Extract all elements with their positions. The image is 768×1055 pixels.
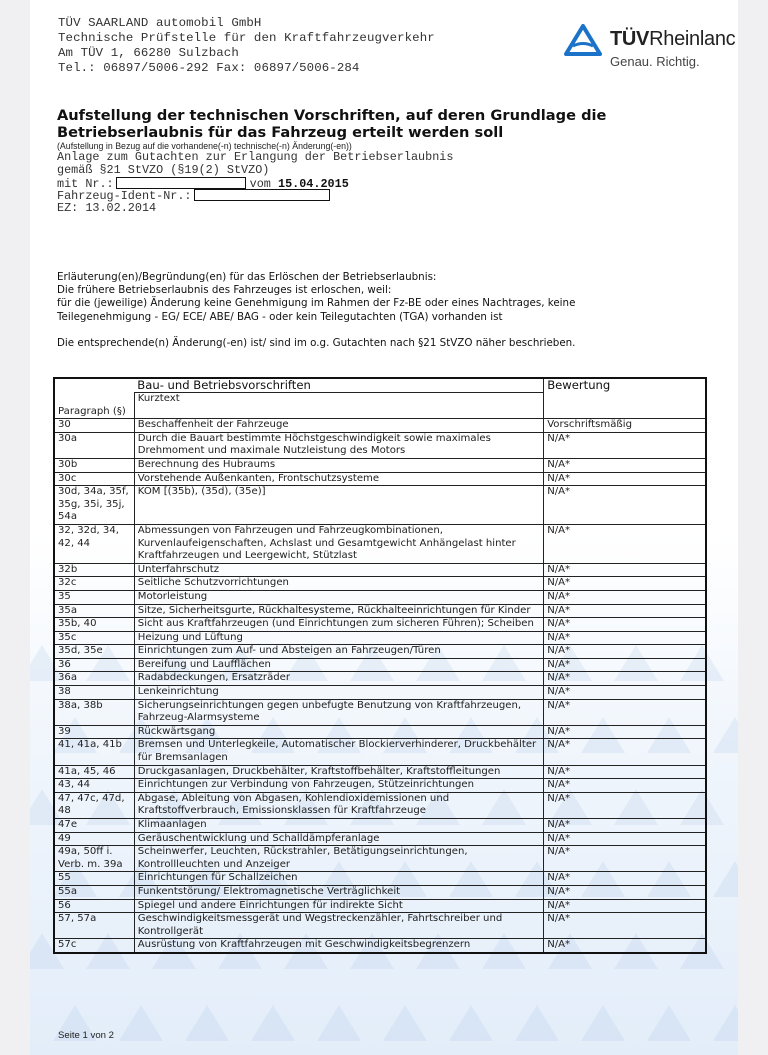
bewertung-cell: N/A* [544, 524, 706, 563]
issuer-name: TÜV SAARLAND automobil GmbH [58, 16, 435, 31]
kurztext-cell: Bremsen und Unterlegkeile, Automatischer… [134, 739, 543, 765]
page-number: Seite 1 von 2 [58, 1030, 114, 1041]
table-row: 47eKlimaanlagenN/A* [54, 819, 706, 833]
table-row: 43, 44Einrichtungen zur Verbindung von F… [54, 779, 706, 793]
bewertung-cell: N/A* [544, 590, 706, 604]
kurztext-cell: Einrichtungen zur Verbindung von Fahrzeu… [134, 779, 543, 793]
watermark-triangle-icon [119, 1005, 163, 1041]
meta-first-registration: EZ: 13.02.2014 [57, 202, 453, 215]
issuer-phone-fax: Tel.: 06897/5006-292 Fax: 06897/5006-284 [58, 61, 435, 76]
bewertung-cell: N/A* [544, 686, 706, 700]
bewertung-cell: N/A* [544, 563, 706, 577]
bewertung-cell: N/A* [544, 739, 706, 765]
table-row: 47, 47c, 47d, 48Abgase, Ableitung von Ab… [54, 792, 706, 818]
bewertung-cell: N/A* [544, 472, 706, 486]
kurztext-cell: KOM [(35b), (35d), (35e)] [134, 486, 543, 525]
group-header: Bau- und Betriebsvorschriften [134, 378, 543, 392]
paragraph-cell: 30c [54, 472, 134, 486]
kurztext-cell: Klimaanlagen [134, 819, 543, 833]
paragraph-cell: 43, 44 [54, 779, 134, 793]
col-header-bewertung: Bewertung [544, 378, 706, 419]
watermark-triangle-icon [449, 1005, 493, 1041]
bewertung-cell: N/A* [544, 725, 706, 739]
explanation-closing: Die entsprechende(n) Änderung(-en) ist/ … [57, 337, 575, 350]
watermark-triangle-icon [251, 1005, 295, 1041]
paragraph-cell: 32c [54, 577, 134, 591]
kurztext-cell: Sicherungseinrichtungen gegen unbefugte … [134, 699, 543, 725]
bewertung-cell: N/A* [544, 899, 706, 913]
kurztext-cell: Einrichtungen für Schallzeichen [134, 872, 543, 886]
paragraph-cell: 47, 47c, 47d, 48 [54, 792, 134, 818]
table-row: 35d, 35eEinrichtungen zum Auf- und Abste… [54, 645, 706, 659]
table-row: 35MotorleistungN/A* [54, 590, 706, 604]
kurztext-cell: Geschwindigkeitsmessgerät und Wegstrecke… [134, 913, 543, 939]
watermark-triangle-icon [713, 717, 738, 753]
kurztext-cell: Motorleistung [134, 590, 543, 604]
bewertung-cell: N/A* [544, 699, 706, 725]
paragraph-cell: 32b [54, 563, 134, 577]
kurztext-cell: Unterfahrschutz [134, 563, 543, 577]
kurztext-cell: Lenkeinrichtung [134, 686, 543, 700]
kurztext-cell: Sitze, Sicherheitsgurte, Rückhaltesystem… [134, 604, 543, 618]
paragraph-cell: 39 [54, 725, 134, 739]
kurztext-cell: Bereifung und Laufflächen [134, 658, 543, 672]
table-row: 30d, 34a, 35f, 35g, 35i, 35j, 54aKOM [(3… [54, 486, 706, 525]
watermark-triangle-icon [185, 1005, 229, 1041]
bewertung-cell: N/A* [544, 486, 706, 525]
bewertung-cell: N/A* [544, 631, 706, 645]
paragraph-cell: 35c [54, 631, 134, 645]
paragraph-cell: 32, 32d, 34, 42, 44 [54, 524, 134, 563]
tuv-triangle-icon [564, 24, 602, 56]
redacted-vin [194, 189, 330, 201]
kurztext-cell: Seitliche Schutzvorrichtungen [134, 577, 543, 591]
bewertung-cell: N/A* [544, 819, 706, 833]
watermark-triangle-icon [515, 1005, 559, 1041]
paragraph-cell: 30b [54, 458, 134, 472]
bewertung-cell: N/A* [544, 939, 706, 953]
explanation-line: Die frühere Betriebserlaubnis des Fahrze… [57, 284, 575, 297]
paragraph-cell: 38 [54, 686, 134, 700]
document-meta: Anlage zum Gutachten zur Erlangung der B… [57, 151, 453, 215]
bewertung-cell: N/A* [544, 658, 706, 672]
table-row: 41a, 45, 46Druckgasanlagen, Druckbehälte… [54, 765, 706, 779]
logo-wordmark: TÜVRheinlanc [610, 28, 735, 51]
bewertung-cell: N/A* [544, 458, 706, 472]
kurztext-cell: Vorstehende Außenkanten, Frontschutzsyst… [134, 472, 543, 486]
bewertung-cell: N/A* [544, 577, 706, 591]
kurztext-cell: Sicht aus Kraftfahrzeugen (und Einrichtu… [134, 618, 543, 632]
bewertung-cell: N/A* [544, 872, 706, 886]
table-row: 57cAusrüstung von Kraftfahrzeugen mit Ge… [54, 939, 706, 953]
table-row: 36Bereifung und LaufflächenN/A* [54, 658, 706, 672]
redacted-report-number [116, 177, 246, 189]
kurztext-cell: Radabdeckungen, Ersatzräder [134, 672, 543, 686]
table-row: 36aRadabdeckungen, ErsatzräderN/A* [54, 672, 706, 686]
document-title: Aufstellung der technischen Vorschriften… [57, 107, 617, 141]
table-row: 55Einrichtungen für SchallzeichenN/A* [54, 872, 706, 886]
table-row: 32, 32d, 34, 42, 44Abmessungen von Fahrz… [54, 524, 706, 563]
explanation-line: Erläuterung(en)/Begründung(en) für das E… [57, 271, 575, 284]
meta-legal-basis: gemäß §21 StVZO (§19(2) StVZO) [57, 164, 453, 177]
bewertung-cell: N/A* [544, 672, 706, 686]
kurztext-cell: Berechnung des Hubraums [134, 458, 543, 472]
document-page: TÜV SAARLAND automobil GmbH Technische P… [30, 0, 738, 1055]
tuv-rheinland-logo: TÜVRheinlanc Genau. Richtig. [564, 22, 738, 72]
paragraph-cell: 38a, 38b [54, 699, 134, 725]
paragraph-cell: 55a [54, 885, 134, 899]
paragraph-cell: 30a [54, 432, 134, 458]
watermark-triangle-icon [581, 1005, 625, 1041]
table-row: 32bUnterfahrschutzN/A* [54, 563, 706, 577]
paragraph-cell: 41, 41a, 41b [54, 739, 134, 765]
kurztext-cell: Durch die Bauart bestimmte Höchstgeschwi… [134, 432, 543, 458]
explanation-line: für die (jeweilige) Änderung keine Geneh… [57, 297, 575, 310]
paragraph-cell: 35b, 40 [54, 618, 134, 632]
col-header-kurztext: Kurztext [134, 392, 543, 419]
paragraph-cell: 49a, 50ff i. Verb. m. 39a [54, 846, 134, 872]
table-row: 30Beschaffenheit der FahrzeugeVorschrift… [54, 419, 706, 433]
table-row: 35b, 40Sicht aus Kraftfahrzeugen (und Ei… [54, 618, 706, 632]
kurztext-cell: Beschaffenheit der Fahrzeuge [134, 419, 543, 433]
bewertung-cell: N/A* [544, 645, 706, 659]
issuer-street: Am TÜV 1, 66280 Sulzbach [58, 46, 435, 61]
explanation-line: Teilegenehmigung - EG/ ECE/ ABE/ BAG - o… [57, 311, 575, 324]
kurztext-cell: Spiegel und andere Einrichtungen für ind… [134, 899, 543, 913]
kurztext-cell: Einrichtungen zum Auf- und Absteigen an … [134, 645, 543, 659]
issuer-department: Technische Prüfstelle für den Kraftfahrz… [58, 31, 435, 46]
paragraph-cell: 47e [54, 819, 134, 833]
paragraph-cell: 35 [54, 590, 134, 604]
bewertung-cell: N/A* [544, 913, 706, 939]
paragraph-cell: 55 [54, 872, 134, 886]
col-header-paragraph: Paragraph (§) [54, 378, 134, 419]
kurztext-cell: Abmessungen von Fahrzeugen und Fahrzeugk… [134, 524, 543, 563]
table-row: 41, 41a, 41bBremsen und Unterlegkeile, A… [54, 739, 706, 765]
paragraph-cell: 57, 57a [54, 913, 134, 939]
issuer-address: TÜV SAARLAND automobil GmbH Technische P… [58, 16, 435, 76]
logo-tagline: Genau. Richtig. [610, 54, 700, 69]
table-row: 55aFunkentstörung/ Elektromagnetische Ve… [54, 885, 706, 899]
watermark-triangle-icon [383, 1005, 427, 1041]
bewertung-cell: N/A* [544, 792, 706, 818]
table-row: 38a, 38bSicherungseinrichtungen gegen un… [54, 699, 706, 725]
table-row: 30cVorstehende Außenkanten, Frontschutzs… [54, 472, 706, 486]
table-row: 56Spiegel und andere Einrichtungen für i… [54, 899, 706, 913]
bewertung-cell: Vorschriftsmäßig [544, 419, 706, 433]
bewertung-cell: N/A* [544, 832, 706, 846]
paragraph-cell: 36a [54, 672, 134, 686]
table-row: 30bBerechnung des HubraumsN/A* [54, 458, 706, 472]
paragraph-cell: 30d, 34a, 35f, 35g, 35i, 35j, 54a [54, 486, 134, 525]
paragraph-cell: 35a [54, 604, 134, 618]
regulations-table: Paragraph (§) Bau- und Betriebsvorschrif… [53, 377, 707, 954]
bewertung-cell: N/A* [544, 432, 706, 458]
bewertung-cell: N/A* [544, 846, 706, 872]
kurztext-cell: Heizung und Lüftung [134, 631, 543, 645]
bewertung-cell: N/A* [544, 779, 706, 793]
bewertung-cell: N/A* [544, 765, 706, 779]
bewertung-cell: N/A* [544, 885, 706, 899]
kurztext-cell: Druckgasanlagen, Druckbehälter, Kraftsto… [134, 765, 543, 779]
paragraph-cell: 41a, 45, 46 [54, 765, 134, 779]
kurztext-cell: Scheinwerfer, Leuchten, Rückstrahler, Be… [134, 846, 543, 872]
watermark-triangle-icon [647, 1005, 691, 1041]
bewertung-cell: N/A* [544, 618, 706, 632]
kurztext-cell: Abgase, Ableitung von Abgasen, Kohlendio… [134, 792, 543, 818]
table-row: 57, 57aGeschwindigkeitsmessgerät und Weg… [54, 913, 706, 939]
kurztext-cell: Ausrüstung von Kraftfahrzeugen mit Gesch… [134, 939, 543, 953]
kurztext-cell: Rückwärtsgang [134, 725, 543, 739]
watermark-triangle-icon [713, 1005, 738, 1041]
table-row: 49a, 50ff i. Verb. m. 39aScheinwerfer, L… [54, 846, 706, 872]
table-row: 39RückwärtsgangN/A* [54, 725, 706, 739]
watermark-triangle-icon [713, 861, 738, 897]
paragraph-cell: 30 [54, 419, 134, 433]
paragraph-cell: 49 [54, 832, 134, 846]
table-row: 35cHeizung und LüftungN/A* [54, 631, 706, 645]
bewertung-cell: N/A* [544, 604, 706, 618]
table-row: 30aDurch die Bauart bestimmte Höchstgesc… [54, 432, 706, 458]
paragraph-cell: 36 [54, 658, 134, 672]
paragraph-cell: 56 [54, 899, 134, 913]
table-row: 38LenkeinrichtungN/A* [54, 686, 706, 700]
kurztext-cell: Geräuschentwicklung und Schalldämpferanl… [134, 832, 543, 846]
meta-report-number: mit Nr.:vom 15.04.2015 [57, 177, 453, 190]
paragraph-cell: 57c [54, 939, 134, 953]
paragraph-cell: 35d, 35e [54, 645, 134, 659]
table-row: 35aSitze, Sicherheitsgurte, Rückhaltesys… [54, 604, 706, 618]
table-row: 32cSeitliche SchutzvorrichtungenN/A* [54, 577, 706, 591]
meta-annex-line: Anlage zum Gutachten zur Erlangung der B… [57, 151, 453, 164]
watermark-triangle-icon [317, 1005, 361, 1041]
table-row: 49Geräuschentwicklung und Schalldämpfera… [54, 832, 706, 846]
explanation-block: Erläuterung(en)/Begründung(en) für das E… [57, 271, 575, 350]
kurztext-cell: Funkentstörung/ Elektromagnetische Vertr… [134, 885, 543, 899]
